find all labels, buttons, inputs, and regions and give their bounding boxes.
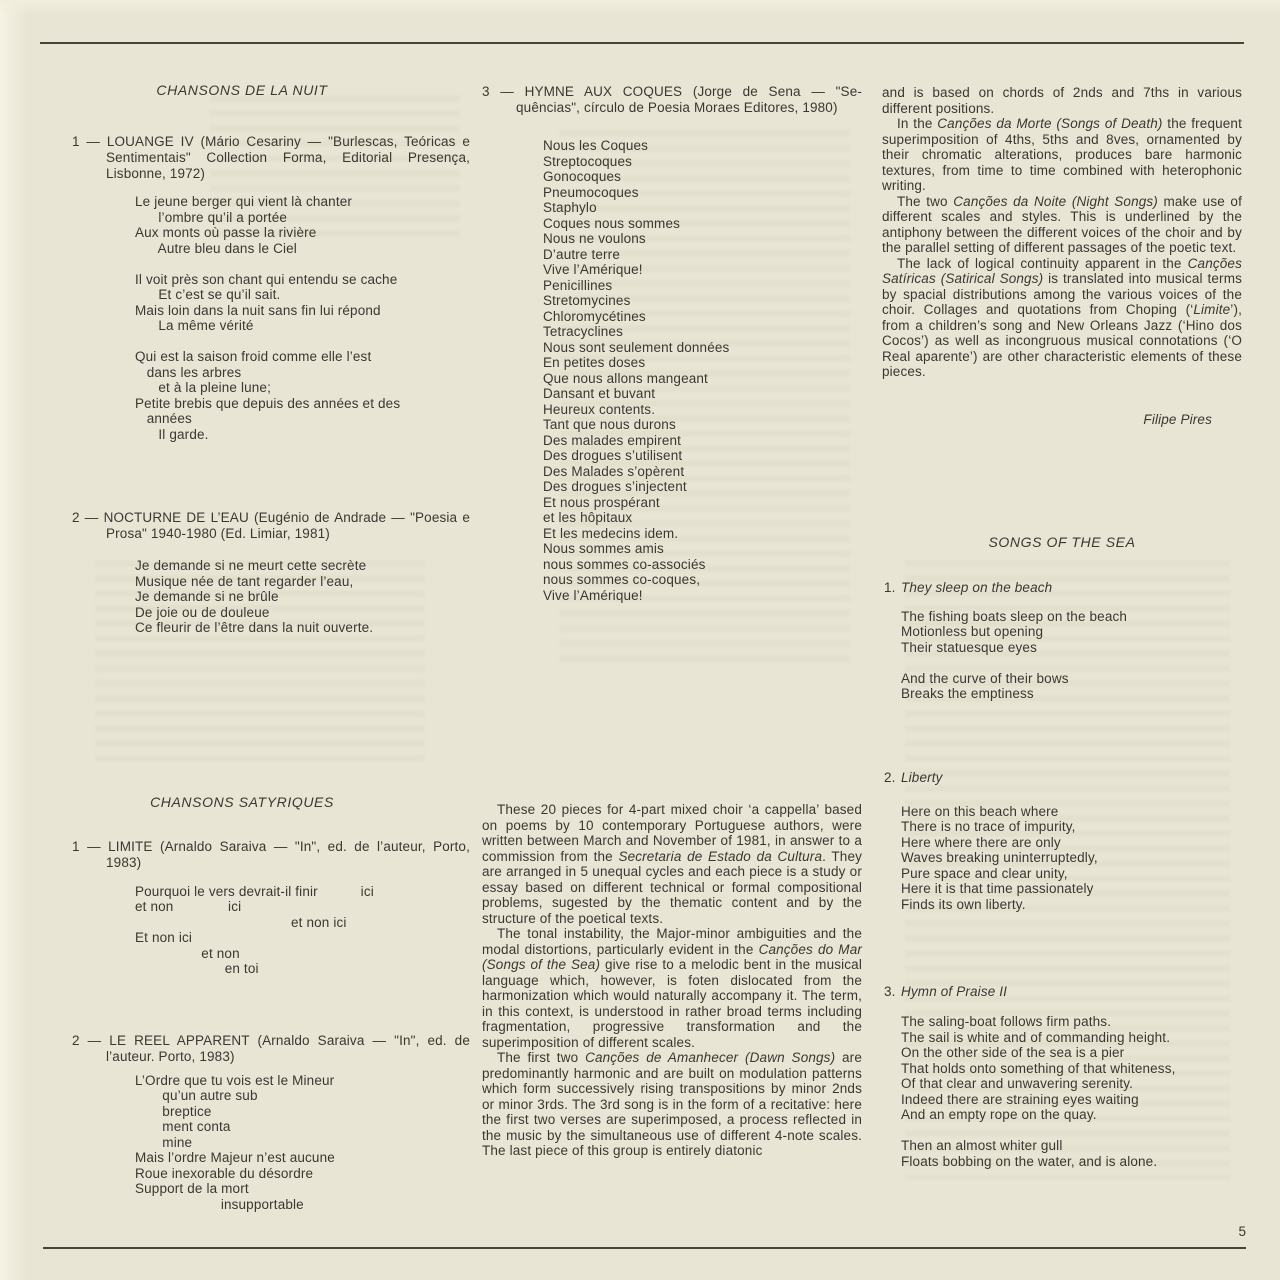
poem-line: nous sommes co-associés	[543, 557, 862, 573]
poem-line: Et nous prospérant	[543, 495, 862, 511]
poem-line: ment conta	[135, 1119, 470, 1135]
poem-line: That holds onto something of that whiten…	[901, 1061, 1242, 1077]
poem-line: mine	[135, 1135, 470, 1151]
poem-line: De joie ou de douleue	[135, 605, 470, 621]
poem-line: Heureux contents.	[543, 402, 862, 418]
poem-line: And the curve of their bows	[901, 671, 1242, 687]
poem-line: Nous sommes amis	[543, 541, 862, 557]
poem-title-text: Hymn of Praise II	[901, 984, 1007, 999]
poem-title-liberty: 2.Liberty	[882, 770, 1242, 786]
poem-number: 1.	[884, 580, 901, 596]
poem-line: nous sommes co-coques,	[543, 572, 862, 588]
paragraph: The two Canções da Noite (Night Songs) m…	[882, 194, 1242, 256]
poem-line: Il voit près son chant qui entendu se ca…	[135, 272, 470, 288]
top-rule	[40, 42, 1244, 44]
page-top-edge-highlight	[0, 0, 1280, 16]
poem-line	[901, 655, 1242, 671]
left-column: CHANSONS DE LA NUIT 1 — LOUANGE IV (Mári…	[72, 82, 470, 1212]
poem-line: Qui est la saison froid comme elle l’est	[135, 349, 470, 365]
poem-line: et non	[135, 946, 470, 962]
poem-line: Breaks the emptiness	[901, 686, 1242, 702]
poem-line: breptice	[135, 1104, 470, 1120]
poem-line: Tetracyclines	[543, 324, 862, 340]
text-run: are predominantly harmonic and are built…	[482, 1050, 862, 1158]
poem-line: et non ici	[135, 915, 470, 931]
poem-line: Motionless but opening	[901, 624, 1242, 640]
paragraph: The lack of logical continuity apparent …	[882, 256, 1242, 380]
poem-line: Indeed there are straining eyes waiting	[901, 1092, 1242, 1108]
poem-line: dans les arbres	[135, 365, 470, 381]
right-column: and is based on chords of 2nds and 7ths …	[882, 78, 1242, 1169]
poem-line: The sail is white and of commanding heig…	[901, 1030, 1242, 1046]
poem-line: Le jeune berger qui vient là chanter	[135, 194, 470, 210]
poem-line: Stretomycines	[543, 293, 862, 309]
poem-number: 3.	[884, 984, 901, 1000]
poem-line: Il garde.	[135, 427, 470, 443]
poem-hymne-aux-coques: Nous les CoquesStreptocoquesGonocoquesPn…	[482, 138, 862, 603]
poem-line: Et c’est se qu’il sait.	[135, 287, 470, 303]
poem-line: There is no trace of impurity,	[901, 819, 1242, 835]
poem-le-reel-apparent: L’Ordre que tu vois est le Mineur qu’un …	[72, 1073, 470, 1213]
poem-line: Coques nous sommes	[543, 216, 862, 232]
section-title-songs-of-the-sea: SONGS OF THE SEA	[882, 534, 1242, 550]
poem-line: Gonocoques	[543, 169, 862, 185]
poem-line: Nous les Coques	[543, 138, 862, 154]
poem-line: Here it is that time passionately	[901, 881, 1242, 897]
poem-liberty: Here on this beach whereThere is no trac…	[882, 804, 1242, 913]
poem-line	[901, 1123, 1242, 1139]
poem-line: Pneumocoques	[543, 185, 862, 201]
poem-line: insupportable	[135, 1197, 470, 1213]
page-left-edge-highlight	[0, 0, 28, 1280]
section-title-chansons-de-la-nuit: CHANSONS DE LA NUIT	[72, 82, 412, 98]
poem-line: L’Ordre que tu vois est le Mineur	[135, 1073, 470, 1089]
poem-line: Et non ici	[135, 930, 470, 946]
poem-line: Support de la mort	[135, 1181, 470, 1197]
poem-line: Tant que nous durons	[543, 417, 862, 433]
author-signature: Filipe Pires	[882, 412, 1242, 428]
poem-line: Pourquoi le vers devrait-il finir ici	[135, 884, 470, 900]
poem-line: Mais l’ordre Majeur n’est aucune	[135, 1150, 470, 1166]
poem-line: Streptocoques	[543, 154, 862, 170]
poem-line: et non ici	[135, 899, 470, 915]
poem-line: et les hôpitaux	[543, 510, 862, 526]
poem-line	[135, 256, 470, 272]
poem-line: Chloromycétines	[543, 309, 862, 325]
liner-notes-prose-continued: and is based on chords of 2nds and 7ths …	[882, 85, 1242, 380]
entry-louange-iv: 1 — LOUANGE IV (Mário Cesariny — "Burles…	[72, 134, 470, 182]
poem-line: Of that clear and unwavering serenity.	[901, 1076, 1242, 1092]
poem-line: And an empty rope on the quay.	[901, 1107, 1242, 1123]
poem-line: Waves breaking uninterruptedly,	[901, 850, 1242, 866]
text-run: The lack of logical continuity apparent …	[897, 256, 1188, 271]
text-run: The two	[897, 194, 953, 209]
poem-line: Here where there are only	[901, 835, 1242, 851]
poem-line: Nous ne voulons	[543, 231, 862, 247]
poem-line: En petites doses	[543, 355, 862, 371]
poem-line: The saling-boat follows firm paths.	[901, 1014, 1242, 1030]
poem-they-sleep-on-the-beach: The fishing boats sleep on the beachMoti…	[882, 609, 1242, 702]
poem-line: La même vérité	[135, 318, 470, 334]
poem-line: et à la pleine lune;	[135, 380, 470, 396]
poem-hymn-of-praise-ii: The saling-boat follows firm paths.The s…	[882, 1014, 1242, 1169]
poem-louange-iv: Le jeune berger qui vient là chanter l’o…	[72, 194, 470, 442]
poem-line: Vive l’Amérique!	[543, 588, 862, 604]
poem-line: Autre bleu dans le Ciel	[135, 241, 470, 257]
poem-line: Floats bobbing on the water, and is alon…	[901, 1154, 1242, 1170]
entry-limite: 1 — LIMITE (Arnaldo Saraiva — "In", ed. …	[72, 839, 470, 871]
poem-line: qu’un autre sub	[135, 1088, 470, 1104]
poem-line: Aux monts où passe la rivière	[135, 225, 470, 241]
section-title-chansons-satyriques: CHANSONS SATYRIQUES	[72, 794, 412, 810]
poem-line: Des drogues s’injectent	[543, 479, 862, 495]
paragraph: and is based on chords of 2nds and 7ths …	[882, 85, 1242, 116]
poem-line: Des drogues s’utilisent	[543, 448, 862, 464]
entry-le-reel-apparent: 2 — LE REEL APPARENT (Arnaldo Saraiva — …	[72, 1033, 470, 1065]
paragraph: The tonal instability, the Major-minor a…	[482, 926, 862, 1050]
poem-limite: Pourquoi le vers devrait-il finir iciet …	[72, 884, 470, 977]
poem-line: Dansant et buvant	[543, 386, 862, 402]
paragraph: The first two Canções de Amanhecer (Dawn…	[482, 1050, 862, 1159]
poem-line: Finds its own liberty.	[901, 897, 1242, 913]
liner-notes-prose: These 20 pieces for 4-part mixed choir ‘…	[482, 802, 862, 1159]
poem-line: Pure space and clear unity,	[901, 866, 1242, 882]
text-run: and is based on chords of 2nds and 7ths …	[882, 85, 1242, 116]
entry-nocturne-de-leau: 2 — NOCTURNE DE L’EAU (Eugénio de Andrad…	[72, 510, 470, 542]
italic-run: Limite	[1193, 302, 1230, 317]
poem-line: Musique née de tant regarder l’eau,	[135, 574, 470, 590]
italic-run: Secretaria de Estado da Cultura	[618, 849, 822, 864]
poem-line: Je demande si ne meurt cette secrète	[135, 558, 470, 574]
poem-title-text: They sleep on the beach	[901, 580, 1052, 595]
poem-title-text: Liberty	[901, 770, 943, 785]
poem-line: années	[135, 411, 470, 427]
poem-number: 2.	[884, 770, 901, 786]
poem-line: Here on this beach where	[901, 804, 1242, 820]
poem-line: Ce fleurir de l’être dans la nuit ouvert…	[135, 620, 470, 636]
poem-line: Then an almost whiter gull	[901, 1138, 1242, 1154]
poem-line: Their statuesque eyes	[901, 640, 1242, 656]
poem-title-they-sleep-on-the-beach: 1.They sleep on the beach	[882, 580, 1242, 596]
page-number: 5	[1238, 1224, 1246, 1239]
poem-line: Penicillines	[543, 278, 862, 294]
text-run: In the	[897, 116, 937, 131]
entry-hymne-aux-coques: 3 — HYMNE AUX COQUES (Jorge de Sena — "S…	[482, 84, 862, 116]
poem-line: Roue inexorable du désordre	[135, 1166, 470, 1182]
poem-title-hymn-of-praise-ii: 3.Hymn of Praise II	[882, 984, 1242, 1000]
poem-line: The fishing boats sleep on the beach	[901, 609, 1242, 625]
poem-line: l’ombre qu’il a portée	[135, 210, 470, 226]
italic-run: Canções da Noite (Night Songs)	[953, 194, 1158, 209]
middle-column: 3 — HYMNE AUX COQUES (Jorge de Sena — "S…	[482, 78, 862, 1159]
poem-line: Petite brebis que depuis des années et d…	[135, 396, 470, 412]
poem-line: Vive l’Amérique!	[543, 262, 862, 278]
bottom-rule	[43, 1247, 1246, 1249]
poem-line: Des Malades s’opèrent	[543, 464, 862, 480]
paragraph: These 20 pieces for 4-part mixed choir ‘…	[482, 802, 862, 926]
text-run: The first two	[497, 1050, 585, 1065]
poem-line: Mais loin dans la nuit sans fin lui répo…	[135, 303, 470, 319]
poem-nocturne-de-leau: Je demande si ne meurt cette secrèteMusi…	[72, 558, 470, 636]
poem-line: en toi	[135, 961, 470, 977]
poem-line: Staphylo	[543, 200, 862, 216]
poem-line: Des malades empirent	[543, 433, 862, 449]
poem-line: On the other side of the sea is a pier	[901, 1045, 1242, 1061]
poem-line	[135, 334, 470, 350]
poem-line: Je demande si ne brûle	[135, 589, 470, 605]
poem-line: Que nous allons mangeant	[543, 371, 862, 387]
paragraph: In the Canções da Morte (Songs of Death)…	[882, 116, 1242, 194]
italic-run: Canções de Amanhecer (Dawn Songs)	[585, 1050, 835, 1065]
poem-line: Nous sont seulement données	[543, 340, 862, 356]
italic-run: Canções da Morte (Songs of Death)	[937, 116, 1162, 131]
poem-line: D’autre terre	[543, 247, 862, 263]
poem-line: Et les medecins idem.	[543, 526, 862, 542]
scanned-liner-notes-page: 5 CHANSONS DE LA NUIT 1 — LOUANGE IV (Má…	[0, 0, 1280, 1280]
